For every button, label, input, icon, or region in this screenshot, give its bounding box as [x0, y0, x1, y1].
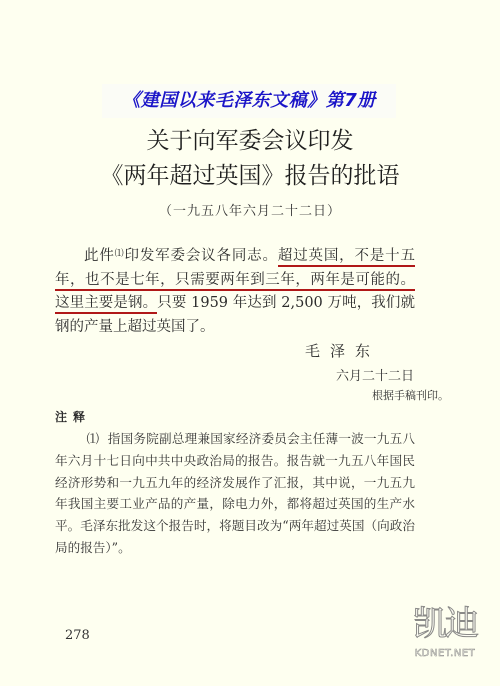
watermark-site: KDNET.NET [395, 648, 495, 659]
signature-name: 毛泽东 [305, 340, 380, 361]
document-title-line1: 关于向军委会议印发 [0, 122, 500, 155]
book-title-banner: 《建国以来毛泽东文稿》第7册 [102, 84, 396, 118]
notes-body: ⑴ 指国务院副总理兼国家经济委员会主任薄一波一九五八年六月十七日向中共中央政治局… [55, 428, 415, 559]
watermark-glyphs: 凯迪 [395, 600, 495, 648]
source-note: 根据手稿刊印。 [372, 387, 449, 403]
document-title-line2: 《两年超过英国》报告的批语 [0, 157, 500, 190]
note-item: ⑴ 指国务院副总理兼国家经济委员会主任薄一波一九五八年六月十七日向中共中央政治局… [55, 428, 415, 559]
body-segment: 印发军委会议各同志。 [125, 248, 278, 264]
document-body: 此件⑴印发军委会议各同志。超过英国，不是十五年，也不是七年，只需要两年到三年，两… [55, 243, 415, 339]
body-segment: 此件 [84, 248, 115, 264]
document-date: （一九五八年六月二十二日） [0, 200, 500, 219]
notes-heading: 注释 [55, 408, 91, 425]
page-number: 278 [65, 628, 90, 643]
body-paragraph: 此件⑴印发军委会议各同志。超过英国，不是十五年，也不是七年，只需要两年到三年，两… [55, 243, 415, 339]
note-marker: ⑴ [87, 431, 100, 446]
note-text: 指国务院副总理兼国家经济委员会主任薄一波一九五八年六月十七日向中共中央政治局的报… [55, 431, 415, 555]
watermark-logo: 凯迪 KDNET.NET [395, 600, 495, 685]
signature-date: 六月二十二日 [336, 365, 414, 384]
footnote-ref: ⑴ [115, 249, 125, 259]
